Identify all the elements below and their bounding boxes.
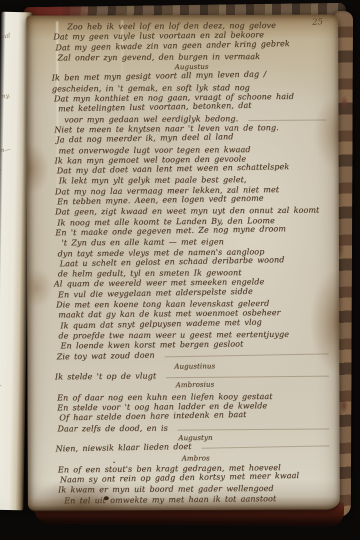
manuscript-line: Daar zelfs de dood, en is [55,422,335,434]
manuscript-line: Zoo heb ik veel lof en lof den deez, nog… [51,21,331,33]
manuscript-line: En of daar nog een kuhn een liefen kooy … [55,391,335,403]
manuscript-line: voor myn gedaan wel eerdiglyk bedong. [52,113,332,125]
manuscript-page: 25 Zoo heb ik veel lof en lof den deez, … [26,14,340,510]
manuscript-line: de helm gedult, tyl en smeten Ik gewoont [54,268,334,280]
manuscript-line: gescheiden, in 't gemak, en soft lyk sta… [52,82,332,94]
manuscript-line: Die met een koene tong kaan levenskast g… [54,299,334,311]
facing-page-text-fragment: ƒ [0,170,1,176]
facing-page-text-fragment: t~ [0,383,2,390]
speaker-heading: Augustinus [55,360,335,372]
facing-page-text-fragment: val [1,33,11,40]
handwritten-text-block: Zoo heb ik veel lof en lof den deez, nog… [51,20,336,507]
facing-page-text-fragment: m— [0,147,11,154]
manuscript-line: Zal onder zyn gevend, den burgen in verm… [52,51,332,63]
facing-page-text-fragment: my. [0,93,11,100]
manuscript-line: de proefde twe naam weer u geest met eer… [54,329,334,341]
manuscript-photo: valmy.m—ƒ}t~2,lw 25 Zoo heb ik veel lof … [0,0,360,540]
ink-blot [104,496,109,500]
manuscript-line: met onverwogde lugt voor tegen een kwaad [52,144,332,156]
